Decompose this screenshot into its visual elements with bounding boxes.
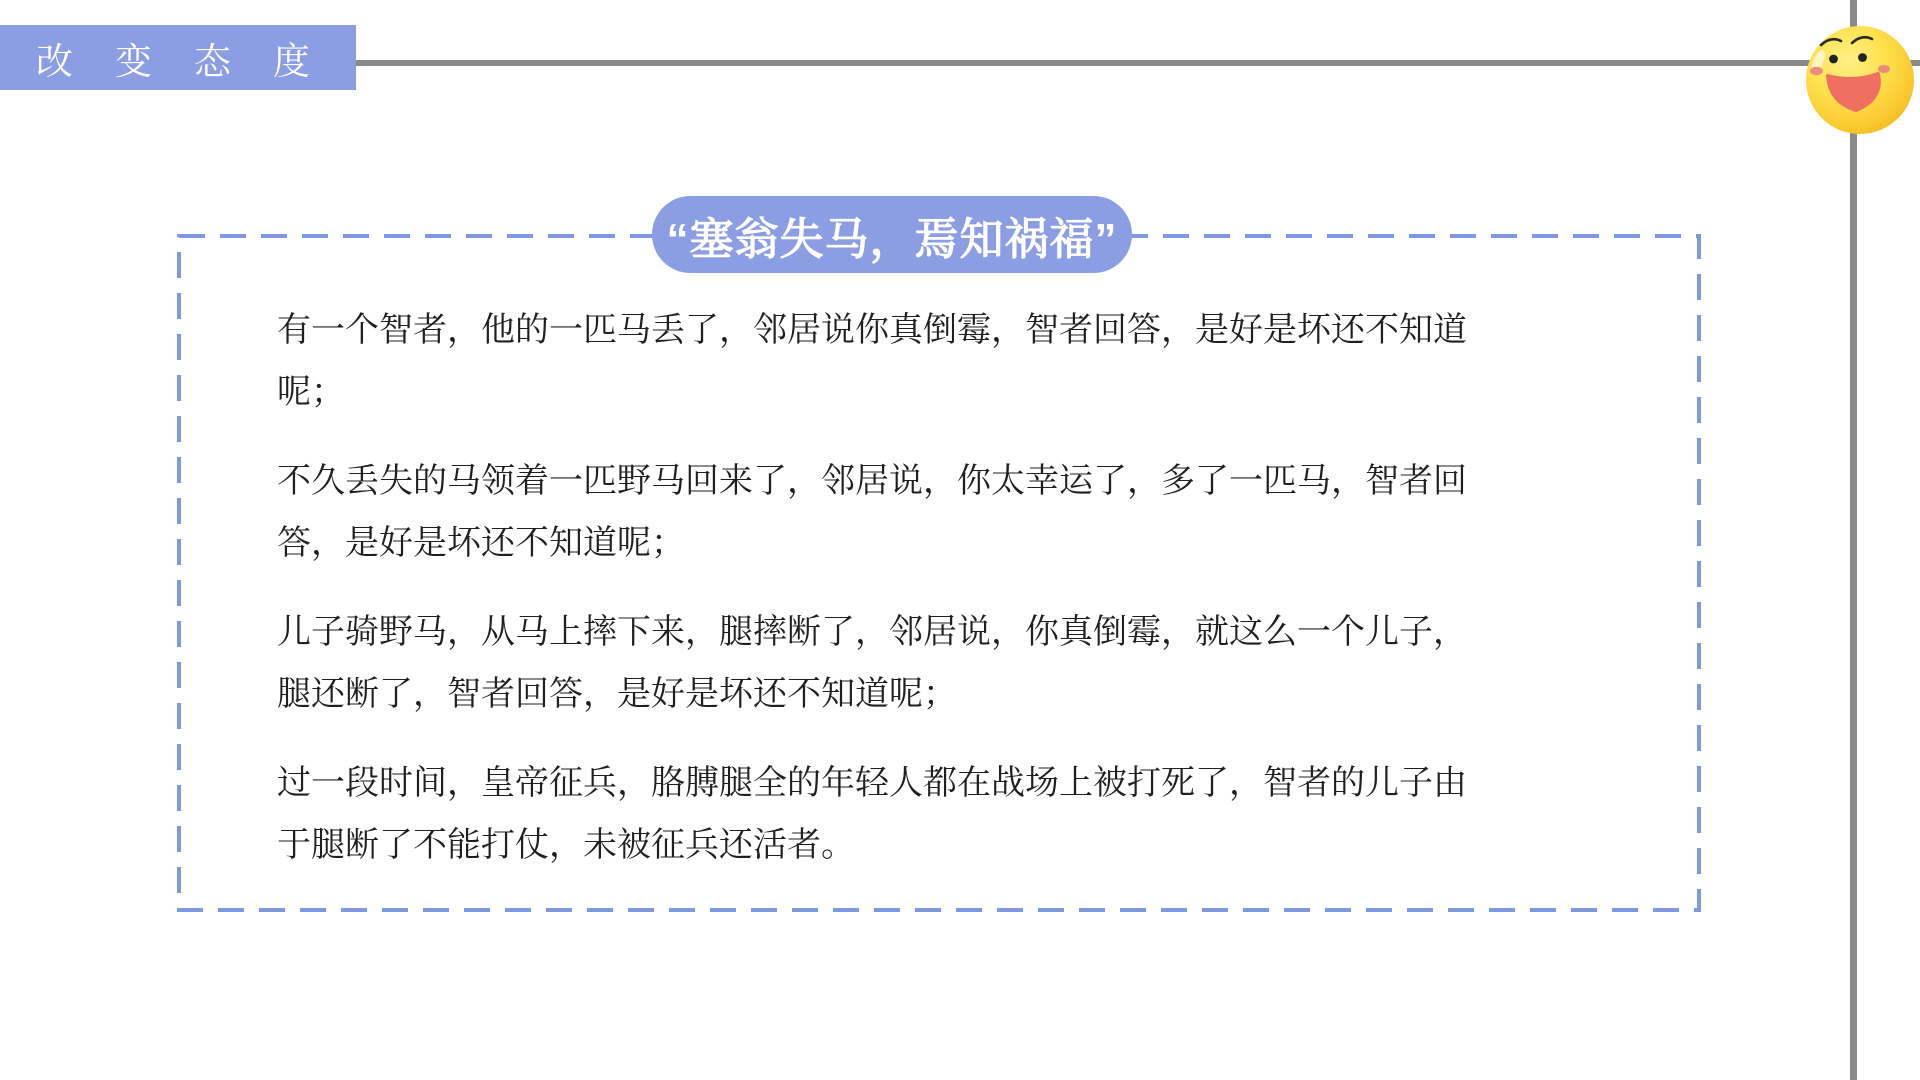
story-line: 呢；: [277, 361, 1577, 423]
section-ribbon: 改变态度: [0, 25, 356, 90]
story-paragraph: 儿子骑野马，从马上摔下来，腿摔断了，邻居说，你真倒霉，就这么一个儿子， 腿还断了…: [277, 601, 1577, 725]
story-text-block: 有一个智者，他的一匹马丢了，邻居说你真倒霉，智者回答，是好是坏还不知道 呢； 不…: [277, 299, 1577, 903]
title-badge: “塞翁失马，焉知祸福”: [652, 196, 1132, 273]
story-paragraph: 过一段时间，皇帝征兵，胳膊腿全的年轻人都在战场上被打死了，智者的儿子由 于腿断了…: [277, 752, 1577, 876]
story-line: 过一段时间，皇帝征兵，胳膊腿全的年轻人都在战场上被打死了，智者的儿子由: [277, 752, 1577, 814]
story-line: 答，是好是坏还不知道呢；: [277, 512, 1577, 574]
story-paragraph: 有一个智者，他的一匹马丢了，邻居说你真倒霉，智者回答，是好是坏还不知道 呢；: [277, 299, 1577, 423]
story-paragraph: 不久丢失的马领着一匹野马回来了，邻居说，你太幸运了，多了一匹马，智者回 答，是好…: [277, 450, 1577, 574]
story-line: 腿还断了，智者回答，是好是坏还不知道呢；: [277, 663, 1577, 725]
story-line: 儿子骑野马，从马上摔下来，腿摔断了，邻居说，你真倒霉，就这么一个儿子，: [277, 601, 1577, 663]
section-ribbon-label: 改变态度: [0, 31, 352, 85]
story-line: 于腿断了不能打仗，未被征兵还活者。: [277, 814, 1577, 876]
slide-title: “塞翁失马，焉知祸福”: [667, 203, 1118, 267]
story-line: 有一个智者，他的一匹马丢了，邻居说你真倒霉，智者回答，是好是坏还不知道: [277, 299, 1577, 361]
smiley-face-svg: [1804, 24, 1916, 136]
story-line: 不久丢失的马领着一匹野马回来了，邻居说，你太幸运了，多了一匹马，智者回: [277, 450, 1577, 512]
smiley-face-icon: [1804, 24, 1916, 136]
vertical-divider-line: [1850, 0, 1857, 1080]
